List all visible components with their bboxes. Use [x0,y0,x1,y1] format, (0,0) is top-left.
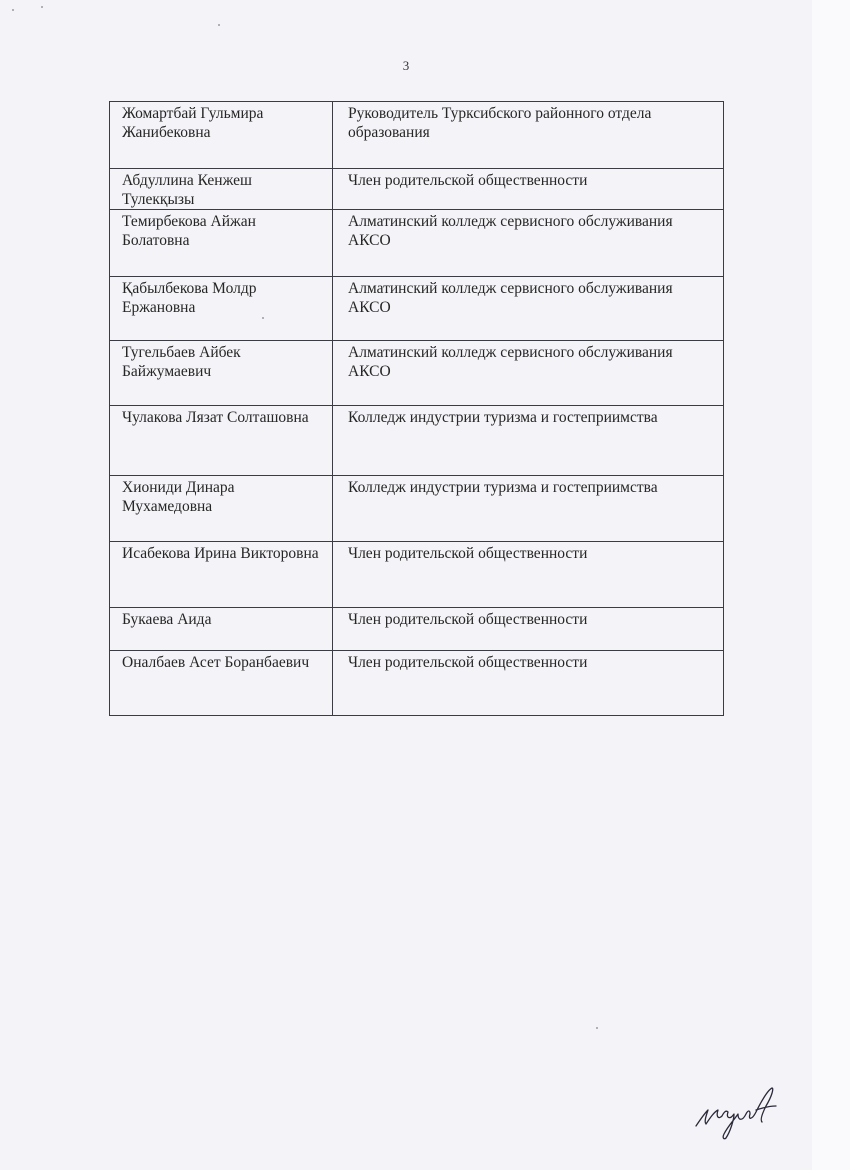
scan-speck [218,24,220,26]
member-name: Букаева Аида [110,608,333,651]
table-row: Исабекова Ирина Викторовна Член родитель… [110,542,724,608]
members-table: Жомартбай Гульмира Жанибековна Руководит… [109,101,724,716]
page-number: 3 [0,58,812,74]
member-organization: Алматинский колледж сервисного обслужива… [333,341,724,406]
scan-speck [596,1027,598,1029]
member-organization: Колледж индустрии туризма и гостеприимст… [333,476,724,542]
member-organization: Член родительской общественности [333,169,724,210]
table-row: Хиониди Динара Мухамедовна Колледж индус… [110,476,724,542]
table-row: Жомартбай Гульмира Жанибековна Руководит… [110,102,724,169]
member-organization: Колледж индустрии туризма и гостеприимст… [333,406,724,476]
table-row: Темирбекова Айжан Болатовна Алматинский … [110,210,724,277]
member-organization: Руководитель Турксибского районного отде… [333,102,724,169]
scan-margin [812,0,850,1170]
signature-icon [690,1080,790,1144]
table-row: Тугельбаев Айбек Байжумаевич Алматинский… [110,341,724,406]
member-name: Тугельбаев Айбек Байжумаевич [110,341,333,406]
scan-speck [41,6,43,8]
table-row: Оналбаев Асет Боранбаевич Член родительс… [110,651,724,716]
member-organization: Алматинский колледж сервисного обслужива… [333,277,724,341]
member-name: Қабылбекова Молдр Ержановна [110,277,333,341]
member-name: Жомартбай Гульмира Жанибековна [110,102,333,169]
table-row: Абдуллина Кенжеш Тулекқызы Член родитель… [110,169,724,210]
table-row: Чулакова Лязат Солташовна Колледж индуст… [110,406,724,476]
scan-speck [12,9,14,11]
member-name: Темирбекова Айжан Болатовна [110,210,333,277]
member-name: Оналбаев Асет Боранбаевич [110,651,333,716]
member-name: Исабекова Ирина Викторовна [110,542,333,608]
document-page: 3 Жомартбай Гульмира Жанибековна Руковод… [0,0,812,1170]
member-name: Абдуллина Кенжеш Тулекқызы [110,169,333,210]
member-organization: Член родительской общественности [333,651,724,716]
member-name: Хиониди Динара Мухамедовна [110,476,333,542]
member-name: Чулакова Лязат Солташовна [110,406,333,476]
table-row: Букаева Аида Член родительской обществен… [110,608,724,651]
member-organization: Алматинский колледж сервисного обслужива… [333,210,724,277]
member-organization: Член родительской общественности [333,542,724,608]
member-organization: Член родительской общественности [333,608,724,651]
table-row: Қабылбекова Молдр Ержановна Алматинский … [110,277,724,341]
scan-speck [262,317,264,319]
